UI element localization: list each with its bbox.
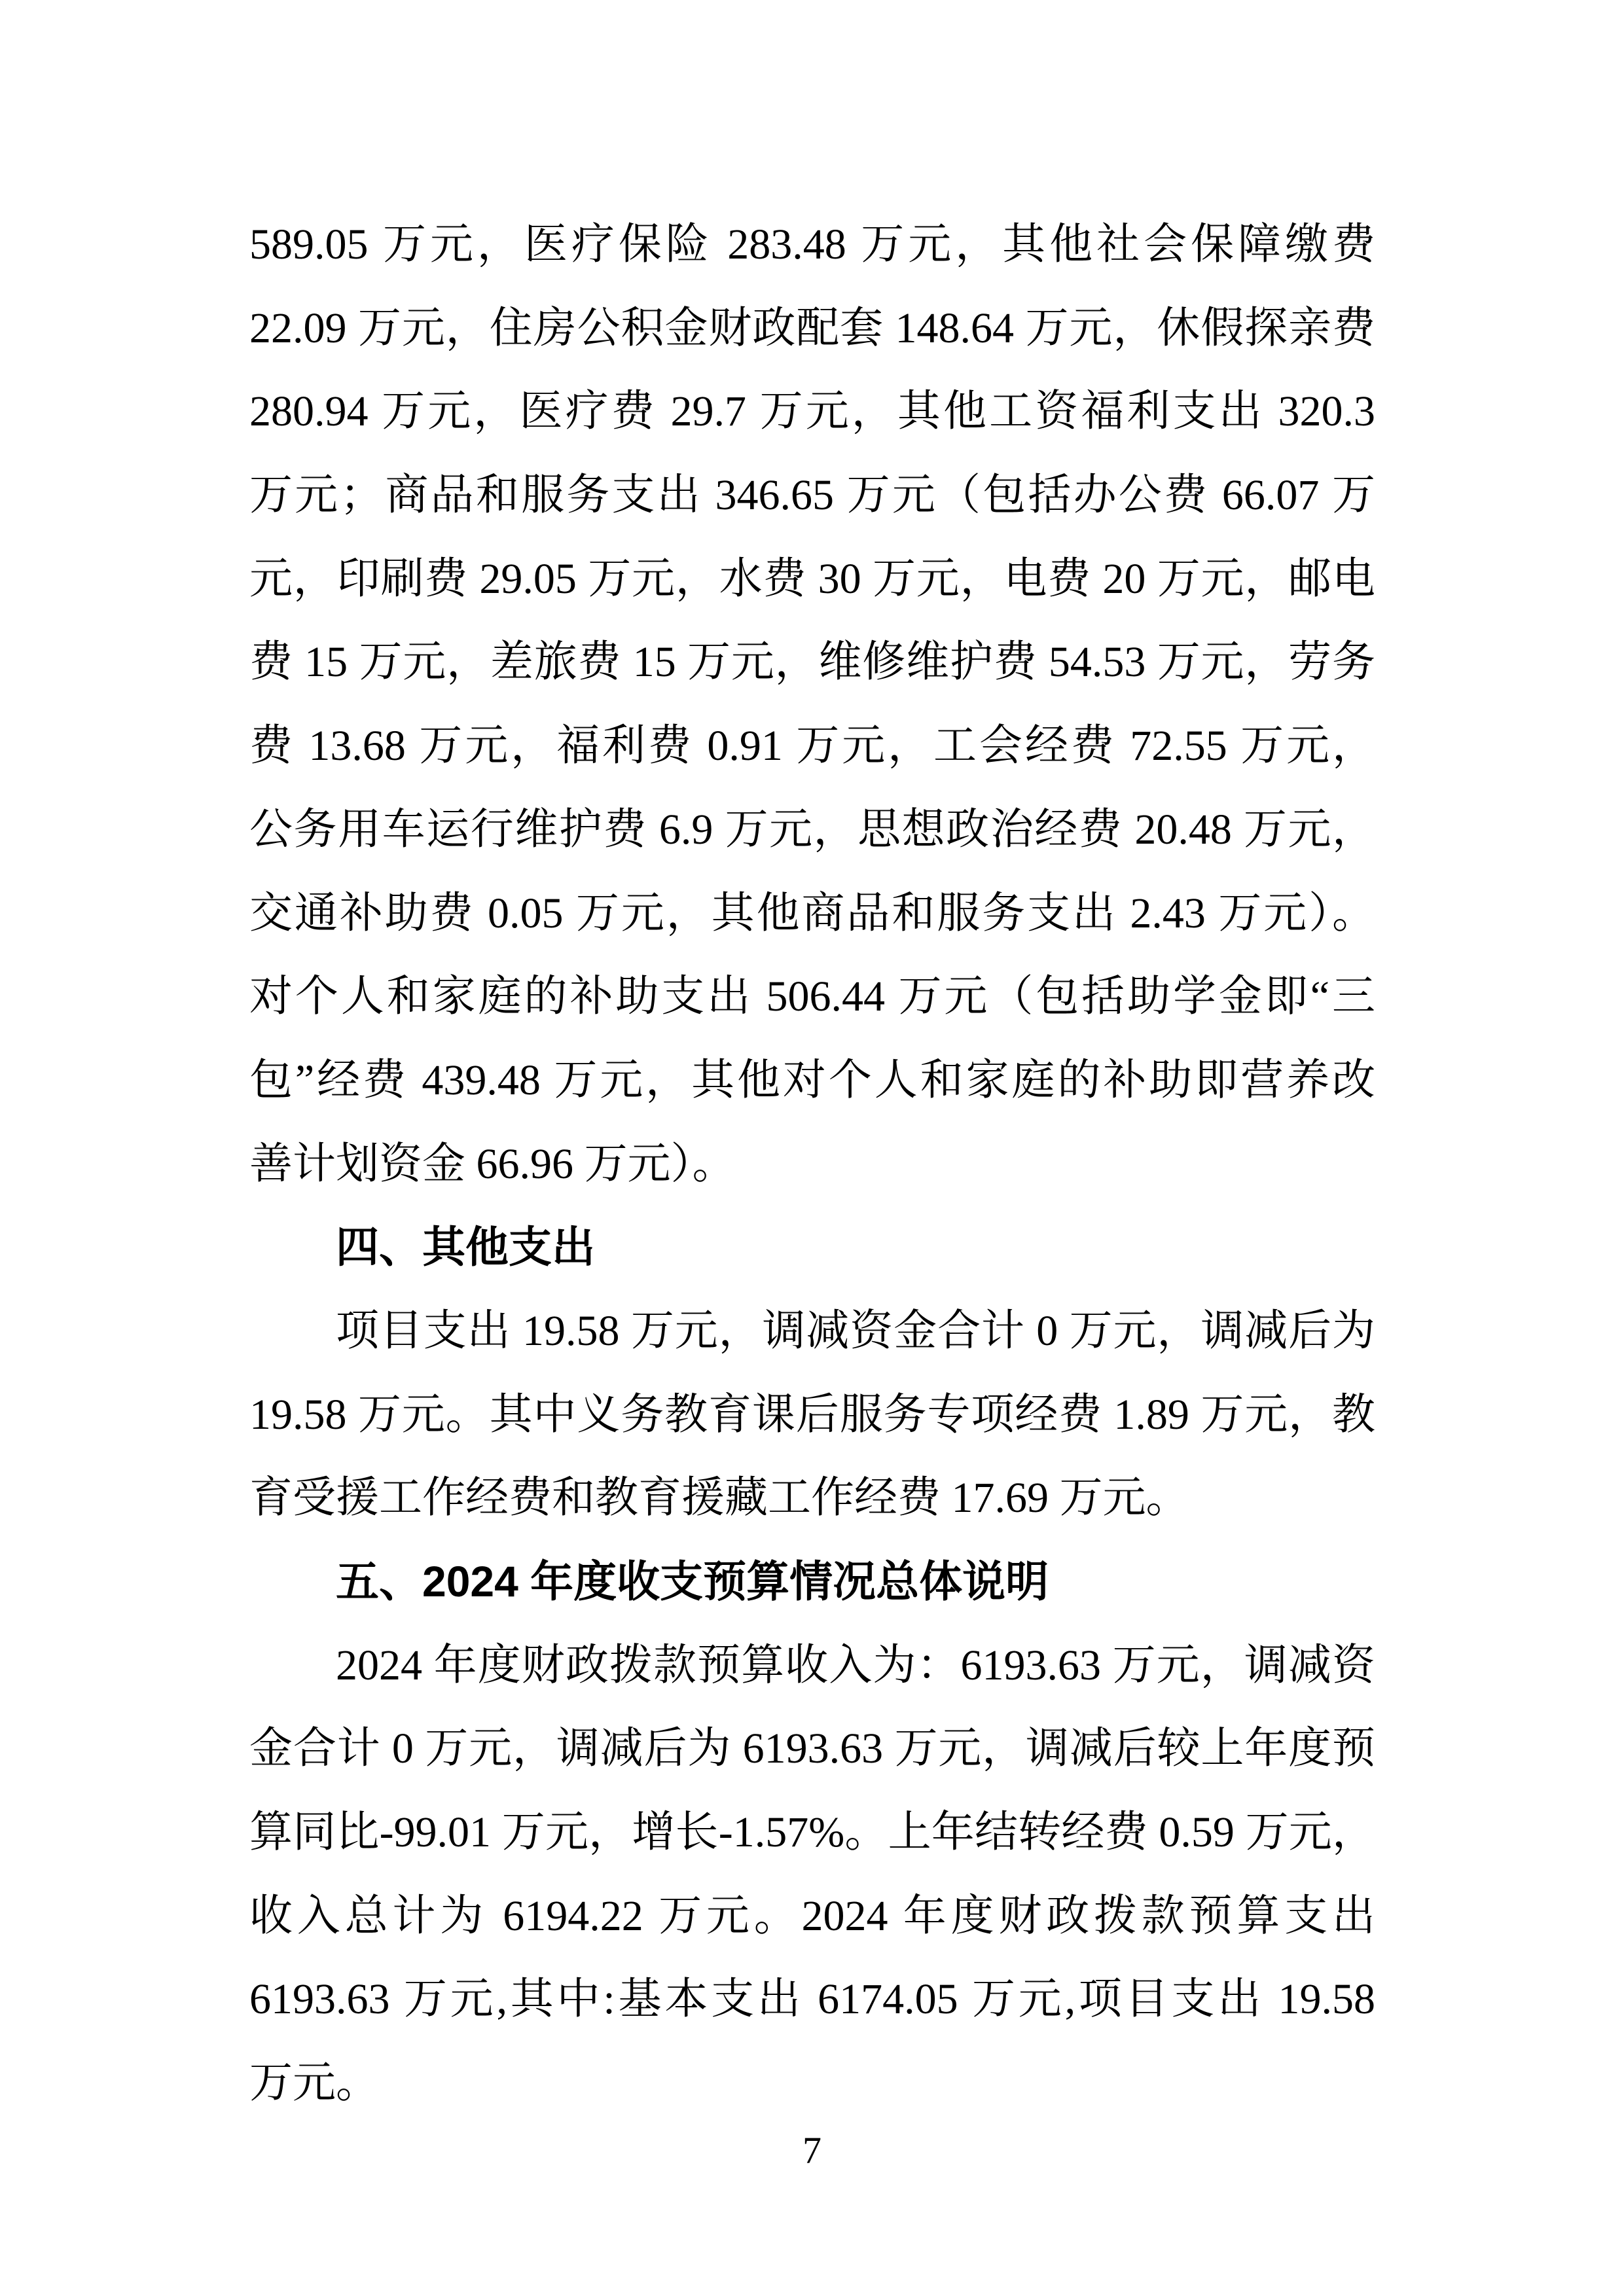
text-line: 万元；商品和服务支出 346.65 万元（包括办公费 66.07 万 xyxy=(249,454,1375,537)
document-page: 589.05 万元，医疗保险 283.48 万元，其他社会保障缴费 22.09 … xyxy=(0,0,1624,2296)
text-line: 22.09 万元，住房公积金财政配套 148.64 万元，休假探亲费 xyxy=(249,287,1375,370)
paragraph-end-line: 育受援工作经费和教育援藏工作经费 17.69 万元。 xyxy=(249,1456,1375,1540)
text-line: 19.58 万元。其中义务教育课后服务专项经费 1.89 万元，教 xyxy=(249,1373,1375,1457)
text-line: 6193.63 万元,其中:基本支出 6174.05 万元,项目支出 19.58 xyxy=(249,1958,1375,2041)
paragraph-first-line: 2024 年度财政拨款预算收入为：6193.63 万元，调减资 xyxy=(249,1624,1375,1708)
page-body-text: 589.05 万元，医疗保险 283.48 万元，其他社会保障缴费 22.09 … xyxy=(249,203,1375,2125)
paragraph-end-line: 善计划资金 66.96 万元）。 xyxy=(249,1122,1375,1206)
paragraph-first-line: 项目支出 19.58 万元，调减资金合计 0 万元，调减后为 xyxy=(249,1289,1375,1373)
text-line: 对个人和家庭的补助支出 506.44 万元（包括助学金即“三 xyxy=(249,955,1375,1039)
section-heading-2024-budget-overview: 五、2024 年度收支预算情况总体说明 xyxy=(249,1540,1375,1624)
text-line: 金合计 0 万元，调减后为 6193.63 万元，调减后较上年度预 xyxy=(249,1707,1375,1791)
text-line: 元，印刷费 29.05 万元，水费 30 万元，电费 20 万元，邮电 xyxy=(249,537,1375,621)
text-line: 费 15 万元，差旅费 15 万元，维修维护费 54.53 万元，劳务 xyxy=(249,620,1375,704)
text-line: 收入总计为 6194.22 万元。2024 年度财政拨款预算支出 xyxy=(249,1874,1375,1958)
text-line: 589.05 万元，医疗保险 283.48 万元，其他社会保障缴费 xyxy=(249,203,1375,287)
text-line: 包”经费 439.48 万元，其他对个人和家庭的补助即营养改 xyxy=(249,1039,1375,1122)
text-line: 算同比-99.01 万元，增长-1.57%。上年结转经费 0.59 万元， xyxy=(249,1791,1375,1874)
text-line: 交通补助费 0.05 万元，其他商品和服务支出 2.43 万元）。 xyxy=(249,872,1375,956)
text-line: 公务用车运行维护费 6.9 万元，思想政治经费 20.48 万元， xyxy=(249,788,1375,872)
text-line: 费 13.68 万元，福利费 0.91 万元，工会经费 72.55 万元， xyxy=(249,704,1375,788)
paragraph-end-line: 万元。 xyxy=(249,2041,1375,2125)
section-heading-other-expenditure: 四、其他支出 xyxy=(249,1206,1375,1289)
page-number: 7 xyxy=(0,2125,1624,2177)
text-line: 280.94 万元，医疗费 29.7 万元，其他工资福利支出 320.3 xyxy=(249,370,1375,454)
